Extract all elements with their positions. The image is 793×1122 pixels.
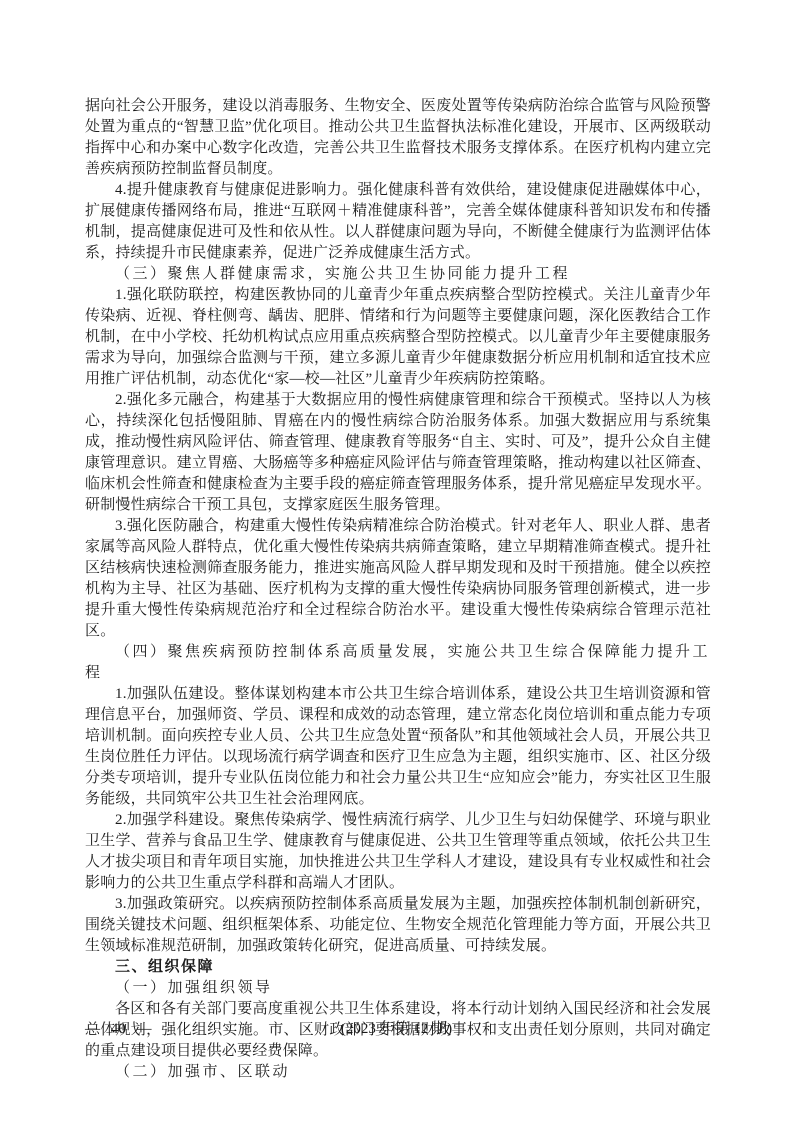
section-heading: 三、组织保障 — [85, 957, 711, 978]
body-paragraph: 3.强化医防融合，构建重大慢性传染病精准综合防治模式。针对老年人、职业人群、患者… — [85, 516, 711, 642]
body-paragraph: 据向社会公开服务，建设以消毒服务、生物安全、医废处置等传染病防治综合监管与风险预… — [85, 96, 711, 180]
document-page: 据向社会公开服务，建设以消毒服务、生物安全、医废处置等传染病防治综合监管与风险预… — [0, 0, 793, 1122]
subsection-heading: （四）聚焦疾病预防控制体系高质量发展，实施公共卫生综合保障能力提升工程 — [85, 642, 711, 684]
subsection-heading: （一）加强组织领导 — [85, 978, 711, 999]
subsection-heading: （三）聚焦人群健康需求，实施公共卫生协同能力提升工程 — [85, 264, 711, 285]
body-paragraph: 4.提升健康教育与健康促进影响力。强化健康科普有效供给，建设健康促进融媒体中心，… — [85, 180, 711, 264]
body-paragraph: 3.加强政策研究。以疾病预防控制体系高质量发展为主题，加强疾控体制机制创新研究，… — [85, 894, 711, 957]
text-column: 据向社会公开服务，建设以消毒服务、生物安全、医废处置等传染病防治综合监管与风险预… — [85, 96, 711, 1083]
body-paragraph: 1.强化联防联控，构建医教协同的儿童青少年重点疾病整合型防控模式。关注儿童青少年… — [85, 285, 711, 390]
subsection-heading: （二）加强市、区联动 — [85, 1062, 711, 1083]
body-paragraph: 2.强化多元融合，构建基于大数据应用的慢性病健康管理和综合干预模式。坚持以人为核… — [85, 390, 711, 516]
body-paragraph: 1.加强队伍建设。整体谋划构建本市公共卫生综合培训体系，建设公共卫生培训资源和管… — [85, 684, 711, 810]
body-paragraph: 2.加强学科建设。聚焦传染病学、慢性病流行病学、儿少卫生与妇幼保健学、环境与职业… — [85, 810, 711, 894]
issue-label: (2023 年第 12 期) — [0, 1019, 793, 1040]
